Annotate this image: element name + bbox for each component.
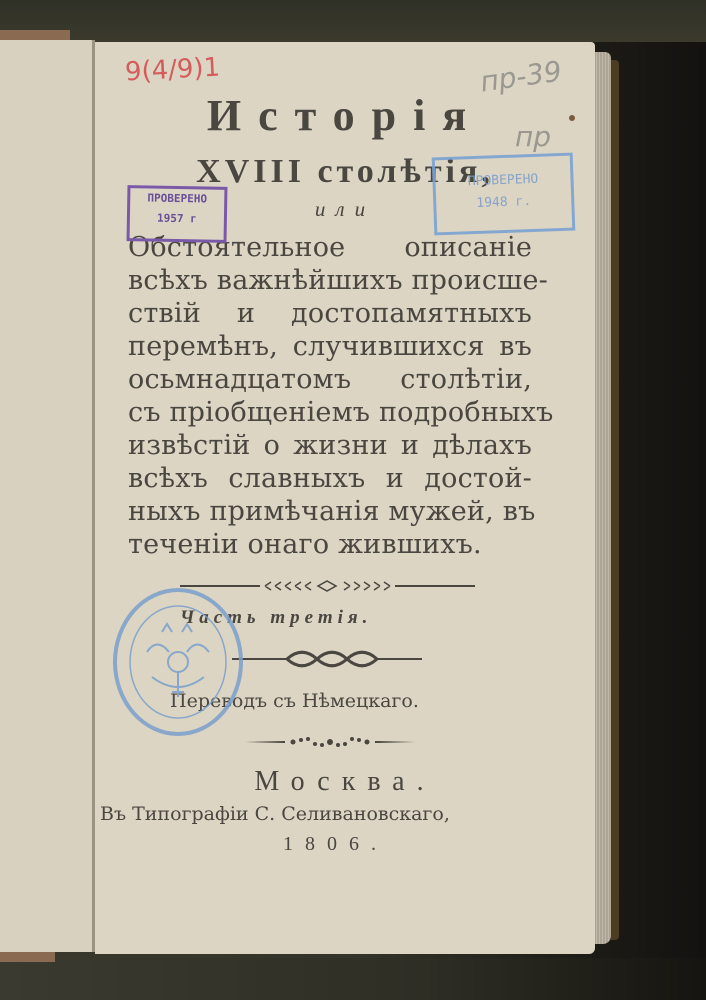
arrow-rule-ornament — [180, 580, 475, 592]
book-cover-edge — [611, 60, 619, 940]
description-line: всѣхъ важнѣйшихъ происше- — [128, 265, 532, 296]
description-line: осьмнадцатомъ столѣтіи, — [128, 364, 532, 395]
checked-stamp-1957: ПРОВЕРЕНО 1957 г — [127, 185, 228, 243]
printing-house: Въ Типографіи С. Селивановскаго, — [100, 803, 450, 825]
page-stack-edge — [595, 52, 611, 944]
description-line: извѣстій о жизни и дѣлахъ — [128, 430, 532, 461]
left-page-blank — [0, 40, 94, 952]
description-line: теченіи онаго жившихъ. — [128, 529, 532, 560]
background-bottom — [0, 958, 706, 1000]
stamp-text: ПРОВЕРЕНО — [130, 188, 224, 210]
bead-rule-ornament — [245, 735, 415, 749]
publication-city: Москва. — [95, 766, 595, 798]
library-seal-stamp — [113, 588, 243, 736]
rope-rule-ornament — [232, 650, 422, 668]
description-line: съ пріобщеніемъ подробныхъ — [128, 397, 532, 428]
book-title: Исторія — [95, 90, 595, 141]
description-line: всѣхъ славныхъ и достой- — [128, 463, 532, 494]
description-line: ныхъ примѣчанія мужей, въ — [128, 496, 532, 527]
background-top — [0, 0, 706, 42]
shelf-mark: 9(4/9)1 — [124, 53, 221, 88]
description-line: перемѣнъ, случившихся въ — [128, 331, 532, 362]
stamp-text: 1957 г — [130, 208, 224, 230]
publication-year: 1806. — [283, 833, 388, 856]
checked-stamp-1948: ПРОВЕРЕНО 1948 г. — [432, 153, 576, 236]
stamp-text: 1948 г. — [436, 190, 572, 217]
eagle-emblem-icon — [117, 592, 239, 732]
description-line: ствій и достопамятныхъ — [128, 298, 532, 329]
